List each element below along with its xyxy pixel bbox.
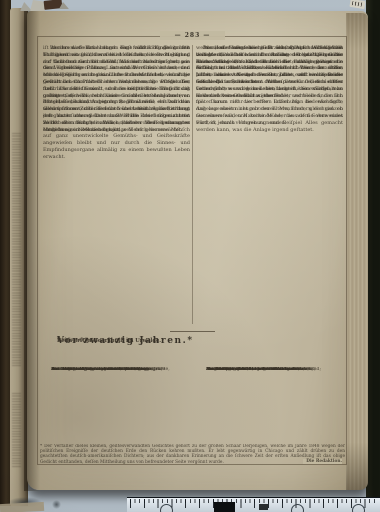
page-number: — 283 — (160, 31, 225, 40)
column-rule (192, 45, 193, 324)
left-page-blurred-text (12, 133, 21, 368)
bottom-left-paper-edge (0, 502, 44, 512)
label-chip-marks (352, 1, 363, 7)
article-paragraph: Der Leſer verzeihe dieſe ernſte Abſchwei… (196, 45, 343, 86)
poem-line: Doch lebt ſein ſtill Gedächtniß fort. (206, 367, 288, 373)
article-paragraph: Werden dieſe Erfahrungen einſt vollſtänd… (43, 45, 190, 133)
poem-column-left: Es ſchlief der Wald in dunkler, ſtiller … (43, 367, 188, 442)
ruler-hole (352, 504, 365, 512)
bottom-left-shadow (52, 500, 61, 509)
page-corner-tip (20, 2, 32, 11)
page-fore-edge-stripes (346, 13, 368, 490)
footnote: * Der Verfaſſer dieſes kleinen, geiſtesv… (40, 444, 345, 464)
article-column-right: werden, die menſchliche Erziehung noch ü… (196, 45, 343, 324)
footnote-signature: Die Redaktion. (303, 459, 342, 464)
ruler-hole (160, 504, 173, 512)
ruler (127, 497, 380, 512)
ruler-ink-blob (214, 502, 235, 512)
poem-line: War Alles, was den Hügel uns bewahrt. (51, 367, 143, 373)
ruler-hole (291, 504, 304, 512)
article-column-left: iſt in ihrem Gehirne durch Tage und Uhr … (43, 45, 190, 324)
left-page-blurred-text (12, 393, 21, 468)
poem-column-right: Noch ſeh' ich heut die ernſten Männer ſt… (198, 367, 343, 442)
footnote-text: * Der Verfaſſer dieſes kleinen, geiſtesv… (40, 444, 345, 464)
section-divider (170, 331, 215, 332)
poem-byline: Von Caspar Butz. (57, 338, 97, 343)
label-chip (349, 0, 365, 9)
ruler-ink-blob (259, 504, 268, 510)
background-right-edge (366, 0, 380, 512)
photo-of-open-book: — 283 — iſt in ihrem Gehirne durch Tage … (0, 0, 380, 512)
